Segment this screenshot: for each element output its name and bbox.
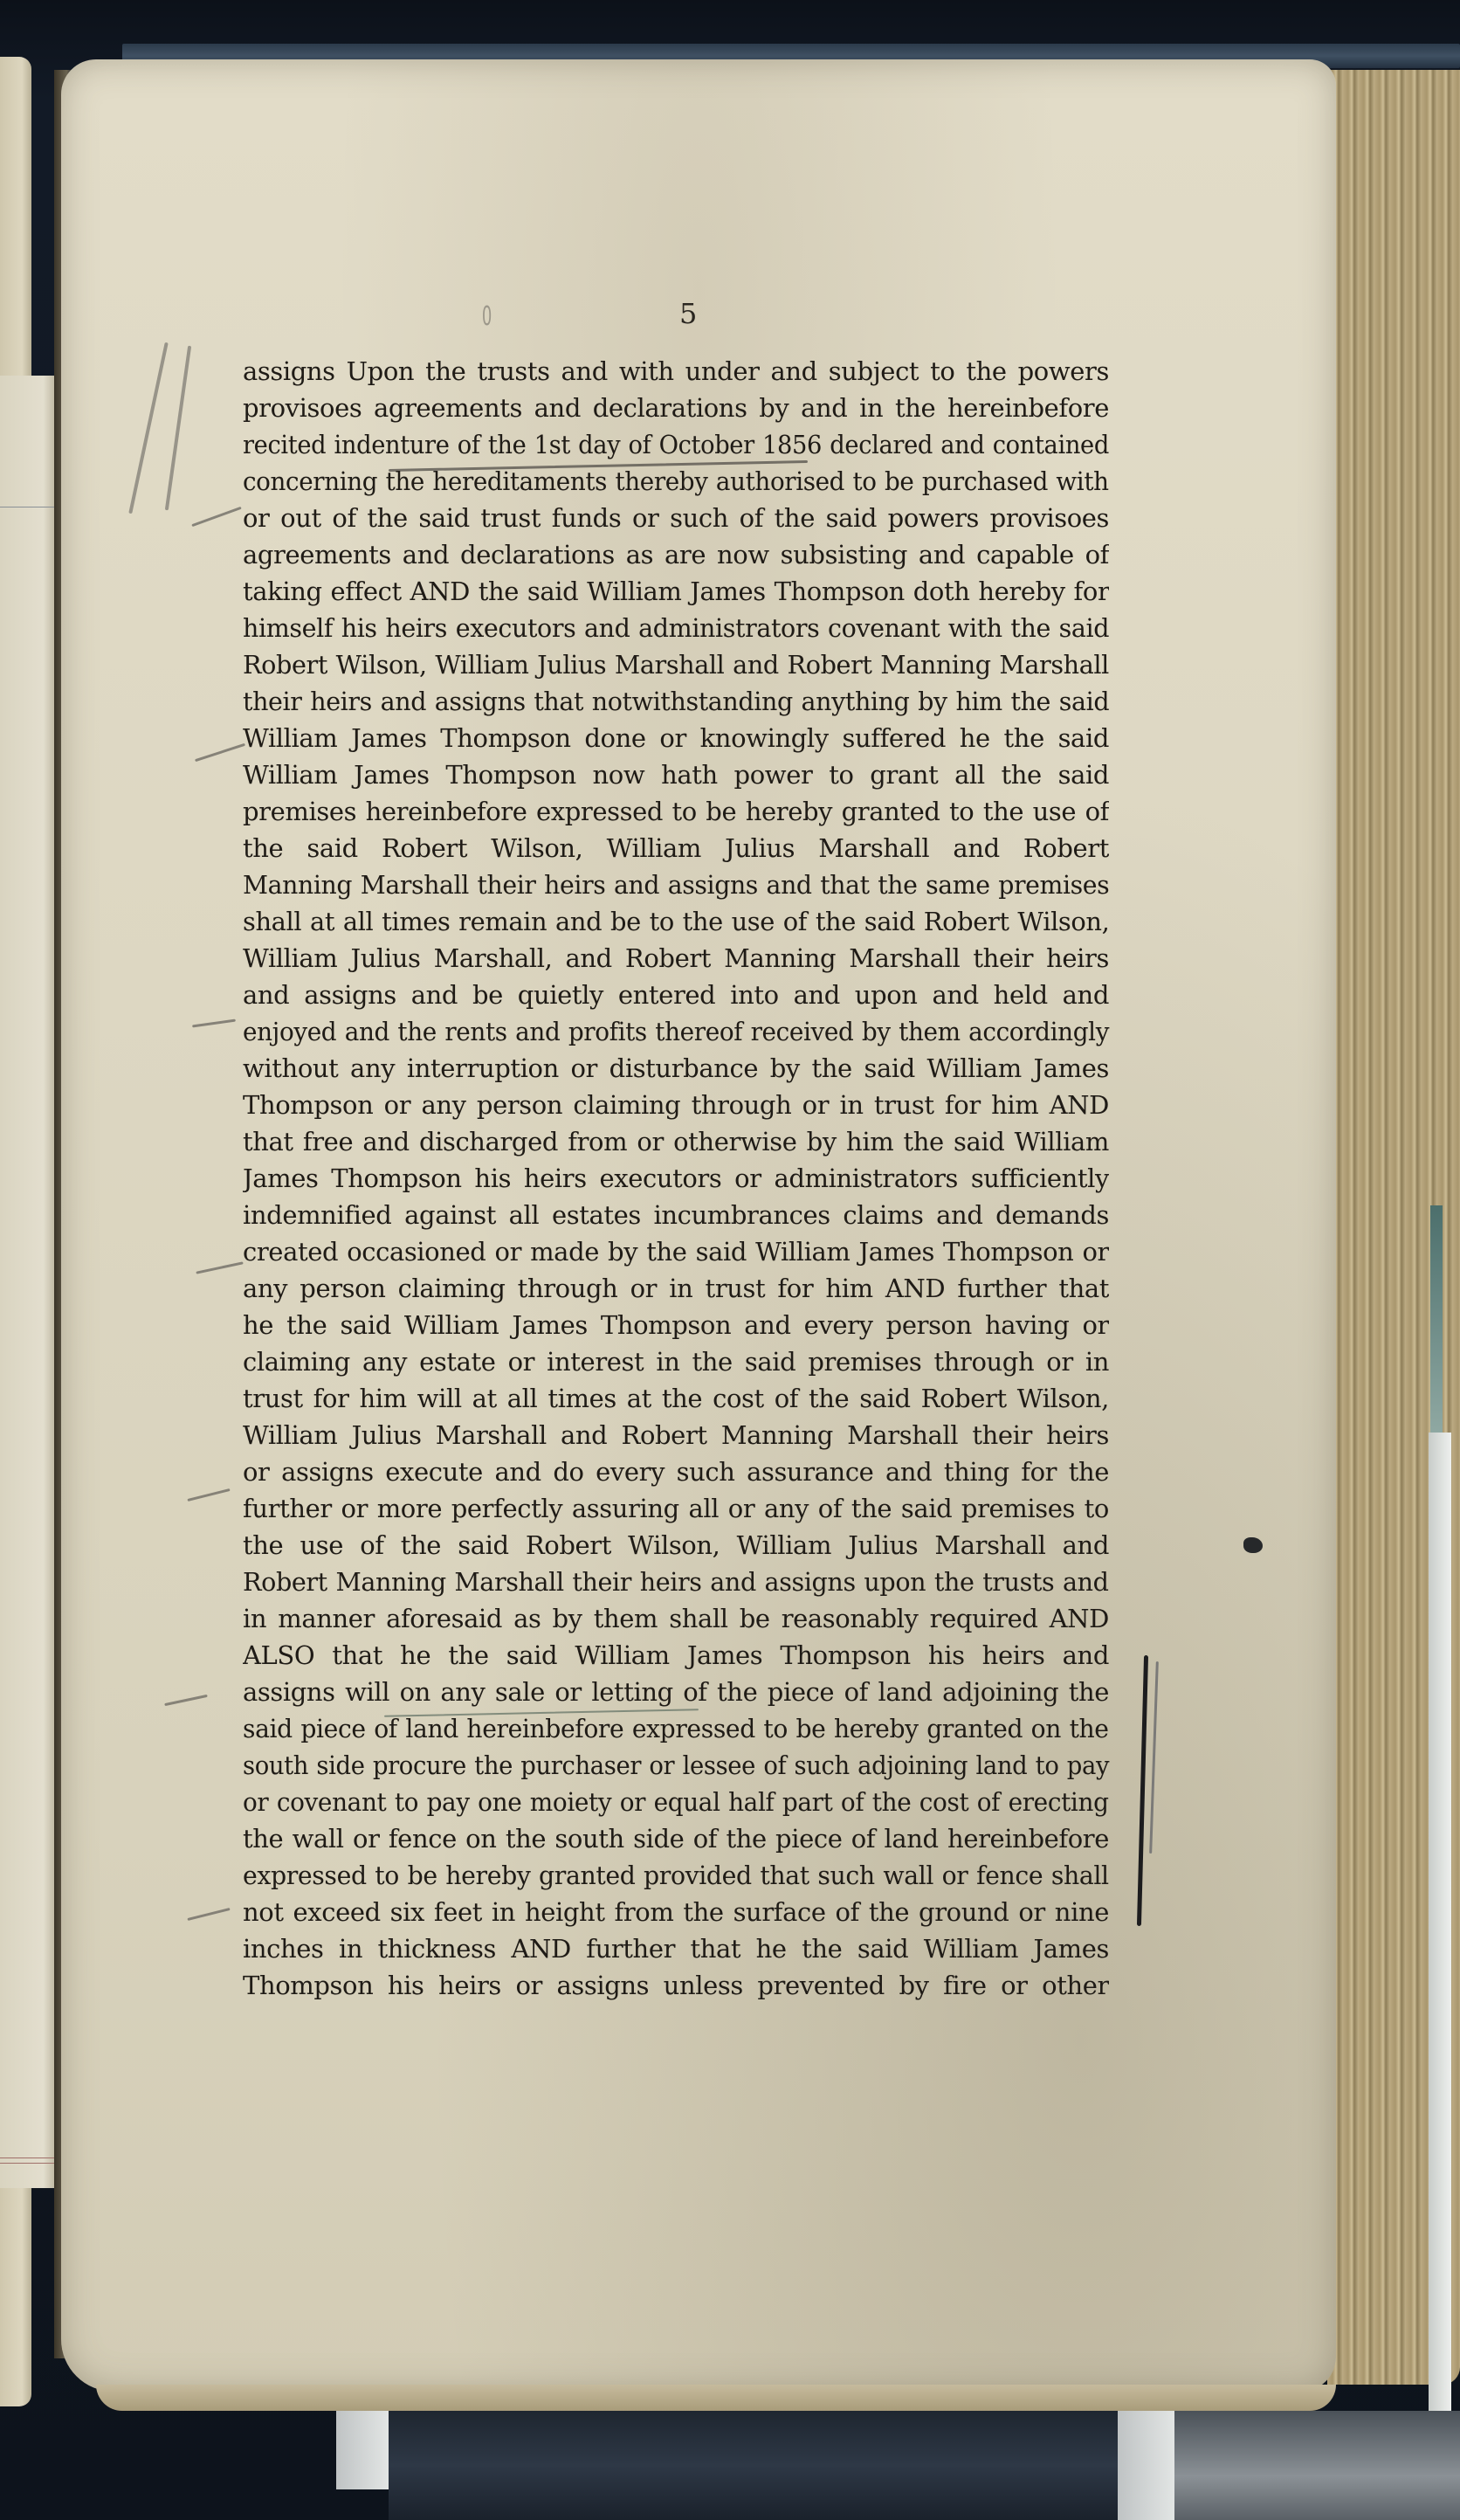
text-line: expressed to be hereby granted provided …	[243, 1857, 1109, 1894]
text-line: shall at all times remain and be to the …	[243, 903, 1109, 940]
text-line: Thompson or any person claiming through …	[243, 1087, 1109, 1123]
text-line: or covenant to pay one moiety or equal h…	[243, 1784, 1109, 1820]
text-line: further or more perfectly assuring all o…	[243, 1490, 1109, 1527]
text-line: provisoes agreements and declarations by…	[243, 390, 1109, 426]
book-cover-cloth	[389, 2411, 1118, 2520]
text-line: said piece of land hereinbefore expresse…	[243, 1710, 1109, 1747]
text-line: William Julius Marshall, and Robert Mann…	[243, 940, 1109, 977]
text-line: William James Thompson now hath power to…	[243, 756, 1109, 793]
text-line: indemnified against all estates incumbra…	[243, 1197, 1109, 1233]
ink-blot	[1243, 1537, 1263, 1553]
text-line: enjoyed and the rents and profits thereo…	[243, 1013, 1109, 1050]
text-line: premises hereinbefore expressed to be he…	[243, 793, 1109, 830]
text-line: that free and discharged from or otherwi…	[243, 1123, 1109, 1160]
text-line: their heirs and assigns that notwithstan…	[243, 683, 1109, 720]
document-body-text: assigns Upon the trusts and with under a…	[243, 353, 1109, 2004]
text-line: south side procure the purchaser or less…	[243, 1747, 1109, 1784]
text-line: assigns Upon the trusts and with under a…	[243, 353, 1109, 390]
text-line: William James Thompson done or knowingly…	[243, 720, 1109, 756]
text-line: James Thompson his heirs executors or ad…	[243, 1160, 1109, 1197]
text-line: the use of the said Robert Wilson, Willi…	[243, 1527, 1109, 1564]
text-line: assigns will on any sale or letting of t…	[243, 1674, 1109, 1710]
text-line: in manner aforesaid as by them shall be …	[243, 1600, 1109, 1637]
left-inserted-sheet	[0, 376, 56, 2188]
text-line: and assigns and be quietly entered into …	[243, 977, 1109, 1013]
blue-page-tab	[1430, 1205, 1443, 1433]
text-line: created occasioned or made by the said W…	[243, 1233, 1109, 1270]
text-line: Thompson his heirs or assigns unless pre…	[243, 1967, 1109, 2004]
text-line: the said Robert Wilson, William Julius M…	[243, 830, 1109, 866]
page-number: 5	[679, 297, 697, 330]
text-line: any person claiming through or in trust …	[243, 1270, 1109, 1307]
text-line: concerning the hereditaments thereby aut…	[243, 463, 1109, 500]
text-line: claiming any estate or interest in the s…	[243, 1343, 1109, 1380]
text-line: trust for him will at all times at the c…	[243, 1380, 1109, 1417]
text-line: agreements and declarations as are now s…	[243, 536, 1109, 573]
text-line: without any interruption or disturbance …	[243, 1050, 1109, 1087]
text-line: William Julius Marshall and Robert Manni…	[243, 1417, 1109, 1453]
text-line: the wall or fence on the south side of t…	[243, 1820, 1109, 1857]
text-line: Manning Marshall their heirs and assigns…	[243, 866, 1109, 903]
text-line: inches in thickness AND further that he …	[243, 1930, 1109, 1967]
stacked-page-edges	[1327, 70, 1460, 2385]
text-line: Robert Manning Marshall their heirs and …	[243, 1564, 1109, 1600]
text-line: or out of the said trust funds or such o…	[243, 500, 1109, 536]
text-line: Robert Wilson, William Julius Marshall a…	[243, 646, 1109, 683]
ruled-line	[0, 507, 54, 507]
text-line: taking effect AND the said William James…	[243, 573, 1109, 610]
text-line: himself his heirs executors and administ…	[243, 610, 1109, 646]
bookmark-ribbon	[336, 2411, 389, 2489]
text-line: ALSO that he the said William James Thom…	[243, 1637, 1109, 1674]
text-line: or assigns execute and do every such ass…	[243, 1453, 1109, 1490]
page-bottom-edge	[96, 2385, 1336, 2411]
ruled-line	[0, 2163, 54, 2164]
text-line: he the said William James Thompson and e…	[243, 1307, 1109, 1343]
text-line: not exceed six feet in height from the s…	[243, 1894, 1109, 1930]
text-line: recited indenture of the 1st day of Octo…	[243, 426, 1109, 463]
ruled-line	[0, 2158, 54, 2158]
pencil-page-mark: 0	[482, 301, 492, 332]
white-page-tab	[1429, 1433, 1451, 2437]
bookmark-ribbon	[1118, 2411, 1174, 2520]
book-cover-cloth	[1174, 2411, 1460, 2520]
